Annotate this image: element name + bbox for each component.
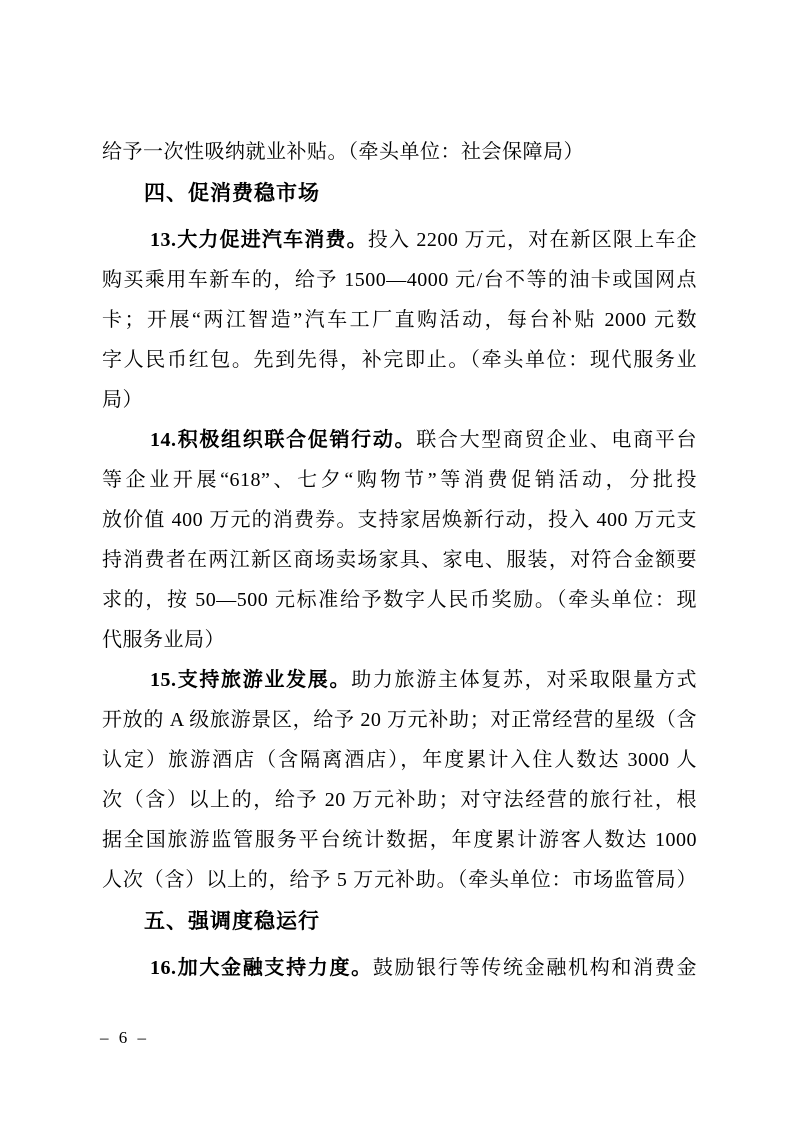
para-16-line-1: 16.加大金融支持力度。鼓励银行等传统金融机构和消费金 (102, 948, 697, 988)
para-13-line-4: 字人民币红包。先到先得，补完即止。（牵头单位：现代服务业 (102, 340, 697, 380)
para-14-line-5: 求的，按 50—500 元标准给予数字人民币奖励。（牵头单位：现 (102, 580, 697, 620)
para-15-first-rest: 助力旅游主体复苏，对采取限量方式 (351, 669, 697, 691)
para-13-line-3: 卡；开展“两江智造”汽车工厂直购活动，每台补贴 2000 元数 (102, 300, 697, 340)
para-14-line-1: 14.积极组织联合促销行动。联合大型商贸企业、电商平台 (102, 420, 697, 460)
para-13-line-1: 13.大力促进汽车消费。投入 2200 万元，对在新区限上车企 (102, 220, 697, 260)
para-13-line-2: 购买乘用车新车的，给予 1500—4000 元/台不等的油卡或国网点 (102, 260, 697, 300)
para-15-line-1: 15.支持旅游业发展。助力旅游主体复苏，对采取限量方式 (102, 660, 697, 700)
para-13-lead: 13.大力促进汽车消费。 (150, 229, 368, 251)
para-14-line-3: 放价值 400 万元的消费券。支持家居焕新行动，投入 400 万元支 (102, 500, 697, 540)
paragraph-continuation-line: 给予一次性吸纳就业补贴。（牵头单位：社会保障局） (102, 132, 697, 172)
para-15-line-2: 开放的 A 级旅游景区，给予 20 万元补助；对正常经营的星级（含 (102, 700, 697, 740)
section-heading-5: 五、强调度稳运行 (102, 902, 697, 942)
para-14-line-6: 代服务业局） (102, 620, 697, 660)
para-14-line-2: 等企业开展“618”、七夕“购物节”等消费促销活动，分批投 (102, 460, 697, 500)
document-page: 给予一次性吸纳就业补贴。（牵头单位：社会保障局） 四、促消费稳市场 13.大力促… (0, 0, 794, 1123)
para-16-lead: 16.加大金融支持力度。 (150, 957, 373, 979)
para-16-first-rest: 鼓励银行等传统金融机构和消费金 (373, 957, 697, 979)
para-14-lead: 14.积极组织联合促销行动。 (150, 429, 416, 451)
para-14-line-4: 持消费者在两江新区商场卖场家具、家电、服装，对符合金额要 (102, 540, 697, 580)
para-15-line-6: 人次（含）以上的，给予 5 万元补助。（牵头单位：市场监管局） (102, 860, 697, 900)
page-number: – 6 – (100, 1028, 149, 1048)
document-content: 给予一次性吸纳就业补贴。（牵头单位：社会保障局） 四、促消费稳市场 13.大力促… (102, 132, 697, 988)
section-heading-4: 四、促消费稳市场 (102, 174, 697, 214)
para-15-line-5: 据全国旅游监管服务平台统计数据，年度累计游客人数达 1000 (102, 820, 697, 860)
para-15-line-4: 次（含）以上的，给予 20 万元补助；对守法经营的旅行社，根 (102, 780, 697, 820)
para-14-first-rest: 联合大型商贸企业、电商平台 (416, 429, 697, 451)
para-15-lead: 15.支持旅游业发展。 (150, 669, 351, 691)
para-13-first-rest: 投入 2200 万元，对在新区限上车企 (368, 229, 697, 251)
para-13-line-5: 局） (102, 380, 697, 420)
para-15-line-3: 认定）旅游酒店（含隔离酒店），年度累计入住人数达 3000 人 (102, 740, 697, 780)
